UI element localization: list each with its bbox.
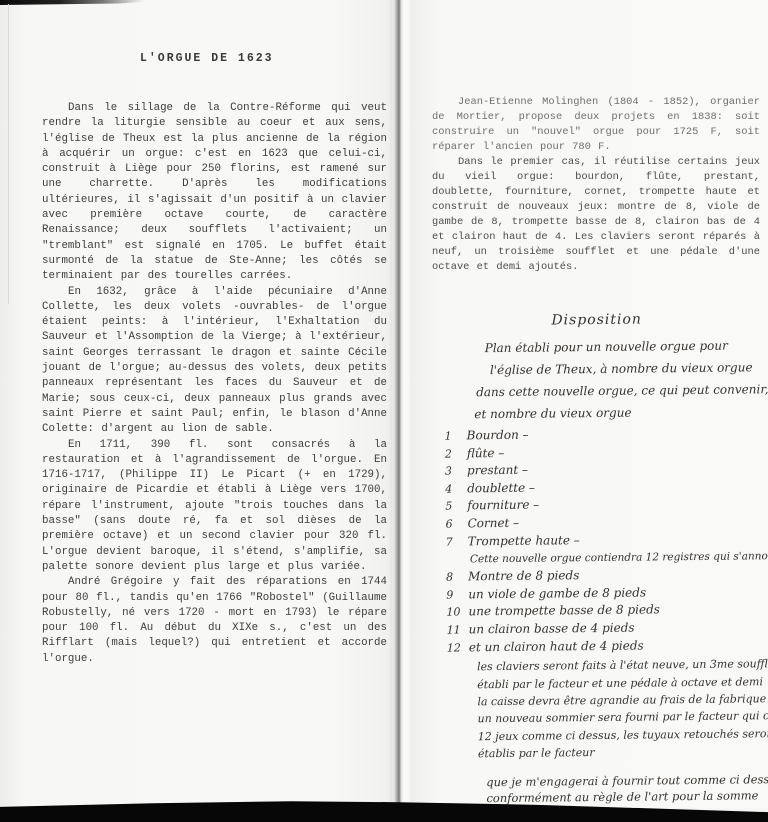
manuscript-intro-line: dans cette nouvelle orgue, ce qui peut c… — [476, 378, 760, 403]
item-number: 3 — [445, 463, 467, 481]
item-label: Cornet – — [467, 515, 519, 533]
item-number: 8 — [446, 569, 468, 587]
item-label: fourniture – — [467, 497, 539, 515]
item-number: 4 — [445, 480, 467, 498]
manuscript-condition-line: établis par le facteur — [478, 742, 764, 762]
item-label: doublette – — [467, 479, 535, 497]
item-number: 7 — [446, 533, 468, 551]
page-edge-line — [8, 4, 9, 304]
item-number: 1 — [445, 427, 467, 445]
page-gutter-shadow — [388, 0, 410, 808]
manuscript-intro: Plan établi pour un nouvelle orgue pour … — [430, 334, 761, 425]
item-label: une trompette basse de 8 pieds — [468, 602, 660, 622]
right-paragraph-1: Jean-Etienne Molinghen (1804 - 1852), or… — [432, 95, 760, 155]
manuscript-intro-line: l'église de Theux, à nombre du vieux org… — [490, 356, 760, 381]
item-label: Bourdon – — [467, 427, 529, 445]
left-paragraph-1: Dans le sillage de la Contre-Réforme qui… — [42, 101, 387, 285]
item-number: 5 — [445, 498, 467, 516]
left-paragraph-3: En 1711, 390 fl. sont consacrés à la res… — [42, 438, 387, 576]
item-label: prestant – — [467, 462, 528, 480]
left-page: L'ORGUE DE 1623 Dans le sillage de la Co… — [0, 0, 392, 808]
item-label: Trompette haute – — [468, 532, 580, 551]
manuscript-intro-line: Plan établi pour un nouvelle orgue pour — [485, 334, 760, 359]
item-label: flûte – — [467, 445, 505, 463]
left-paragraph-4: André Grégoire y fait des réparations en… — [42, 575, 387, 667]
manuscript-disposition: Disposition Plan établi pour un nouvelle… — [429, 310, 764, 822]
item-label: Montre de 8 pieds — [468, 567, 579, 586]
item-label: et un clairon haut de 4 pieds — [469, 637, 644, 656]
manuscript-engagement-line: conformément au règle de l'art pour la s… — [486, 787, 764, 806]
item-label: un viole de gambe de 8 pieds — [468, 584, 646, 603]
left-paragraph-2: En 1632, grâce à l'aide pécuniaire d'Ann… — [42, 285, 387, 438]
item-number: 11 — [447, 621, 469, 639]
item-number: 6 — [445, 515, 467, 533]
item-number: 9 — [446, 586, 468, 604]
manuscript-heading: Disposition — [551, 310, 759, 328]
manuscript-note: Cette nouvelle orgue contiendra 12 regis… — [470, 547, 762, 568]
book-scan: L'ORGUE DE 1623 Dans le sillage de la Co… — [0, 0, 768, 822]
page-title: L'ORGUE DE 1623 — [140, 52, 386, 65]
manuscript-conditions: les claviers seront faits à l'état neuve… — [477, 655, 764, 762]
right-paragraph-2: Dans le premier cas, il réutilise certai… — [432, 155, 760, 275]
item-label: un clairon basse de 4 pieds — [469, 620, 635, 639]
item-number: 12 — [447, 639, 469, 657]
right-page: Jean-Etienne Molinghen (1804 - 1852), or… — [410, 0, 768, 808]
manuscript-stop-list: 1 Bourdon – 2 flûte – 3 prestant – 4 dou… — [431, 424, 763, 657]
manuscript-condition-line: 12 jeux comme ci dessus, les tuyaux reto… — [478, 725, 764, 745]
item-number: 2 — [445, 445, 467, 463]
manuscript-intro-line: et nombre du vieux orgue — [474, 400, 760, 425]
item-number: 10 — [446, 604, 468, 622]
stop-list-item: 12 et un clairon haut de 4 pieds — [433, 636, 763, 657]
